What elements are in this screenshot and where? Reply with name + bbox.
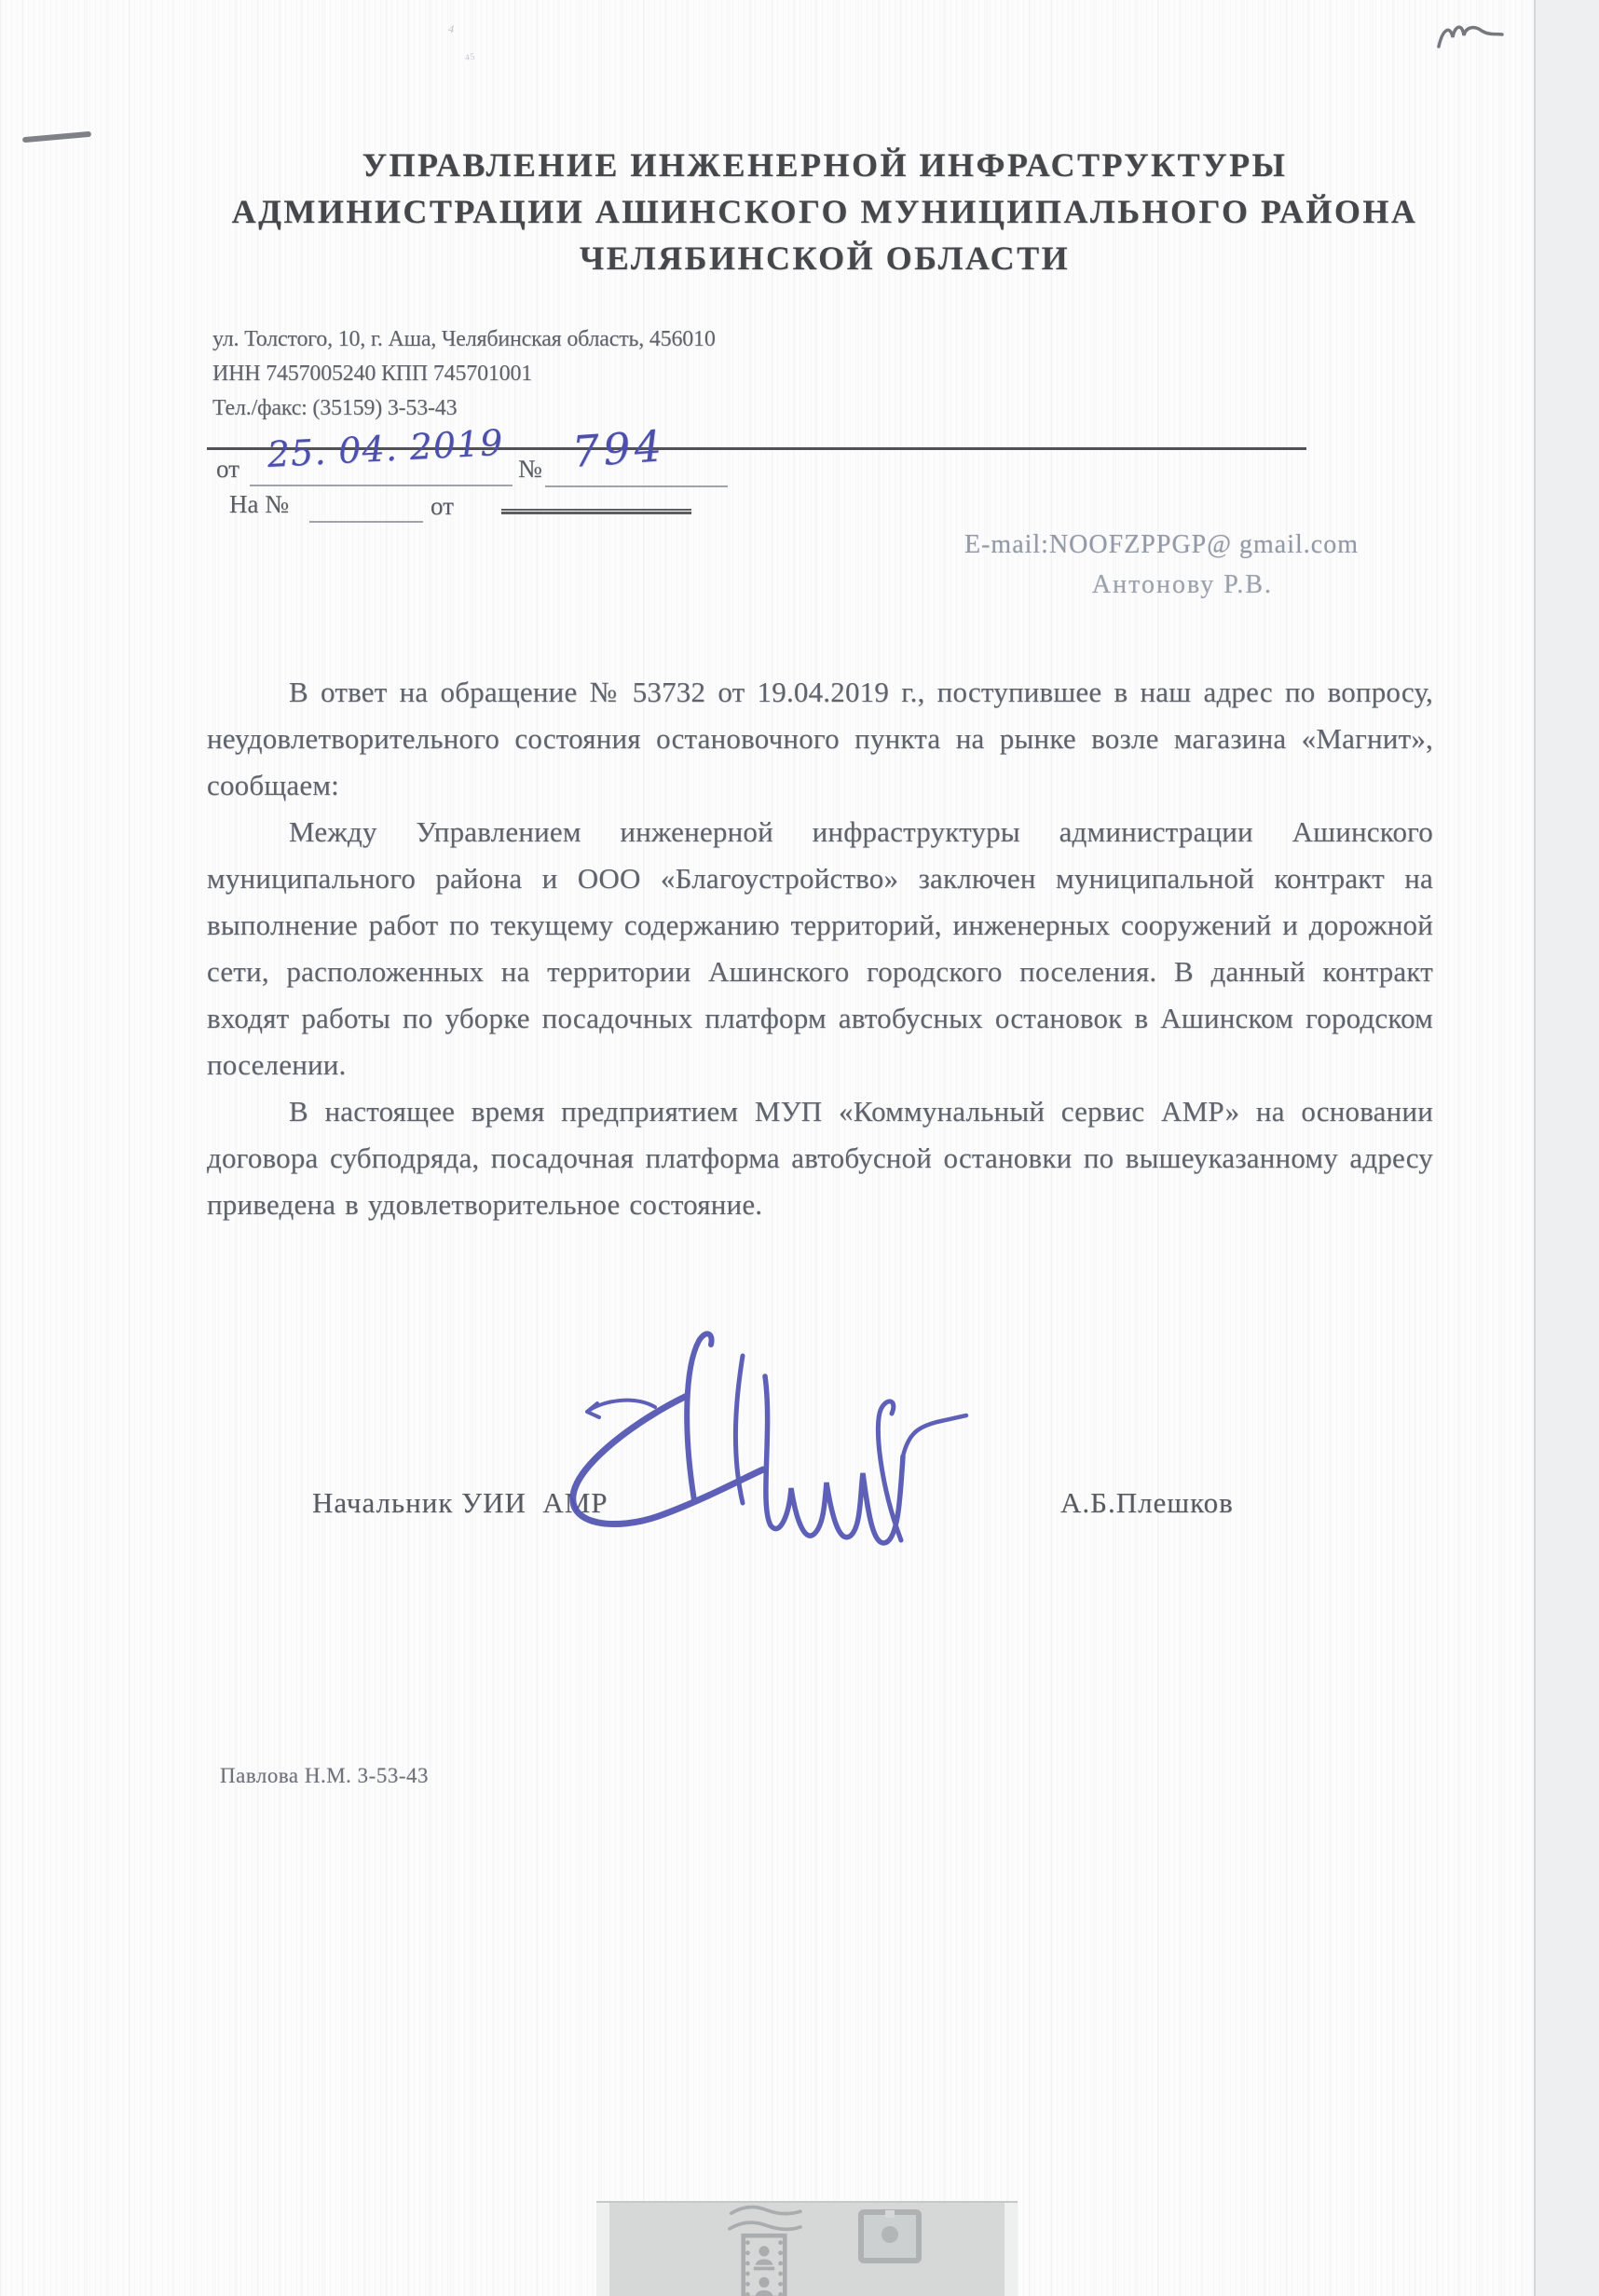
scanner-preview-inner <box>609 2203 1004 2296</box>
executor-line: Павлова Н.М. 3-53-43 <box>220 1764 429 1788</box>
pen-stroke-artifact <box>22 131 91 143</box>
org-name-line: ЧЕЛЯБИНСКОЙ ОБЛАСТИ <box>112 235 1537 281</box>
signature-ink <box>545 1281 992 1579</box>
date-underline <box>250 485 512 486</box>
document-page: ₄ ₄₅ УПРАВЛЕНИЕ ИНЖЕНЕРНОЙ ИНФРАСТРУКТУР… <box>0 0 1536 2296</box>
org-name-block: УПРАВЛЕНИЕ ИНЖЕНЕРНОЙ ИНФРАСТРУКТУРЫ АДМ… <box>112 142 1537 281</box>
letter-body: В ответ на обращение № 53732 от 19.04.20… <box>207 669 1433 1228</box>
org-address: ул. Толстого, 10, г. Аша, Челябинская об… <box>212 322 716 357</box>
reply-date-label: от <box>430 492 454 521</box>
outgoing-number-handwritten: 794 <box>570 420 666 477</box>
org-name-line: АДМИНИСТРАЦИИ АШИНСКОГО МУНИЦИПАЛЬНОГО Р… <box>112 188 1537 235</box>
scanner-preview-strip <box>596 2201 1018 2296</box>
outgoing-number-label: № <box>518 455 542 484</box>
number-underline <box>545 485 728 487</box>
org-requisites: ул. Толстого, 10, г. Аша, Челябинская об… <box>212 322 716 426</box>
body-paragraph: Между Управлением инженерной инфраструкт… <box>207 809 1433 1088</box>
picture-icon <box>857 2208 924 2266</box>
body-paragraph: В ответ на обращение № 53732 от 19.04.20… <box>207 669 1433 809</box>
signatory-name: А.Б.Плешков <box>1060 1486 1234 1520</box>
recipient-block: E-mail:NOOFZPPGP@ gmail.com Антонову Р.В… <box>932 525 1359 605</box>
recipient-email: E-mail:NOOFZPPGP@ gmail.com <box>932 525 1359 565</box>
scan-speck: ₄₅ <box>463 44 476 61</box>
org-inn-kpp: ИНН 7457005240 КПП 745701001 <box>212 357 716 391</box>
body-paragraph: В настоящее время предприятием МУП «Комм… <box>207 1088 1433 1228</box>
reply-number-underline <box>309 521 423 523</box>
outgoing-date-label: от <box>216 455 239 484</box>
org-name-line: УПРАВЛЕНИЕ ИНЖЕНЕРНОЙ ИНФРАСТРУКТУРЫ <box>112 142 1537 188</box>
recipient-name: Антонову Р.В. <box>932 565 1359 605</box>
scan-speck: ₄ <box>447 13 458 35</box>
outgoing-date-handwritten: 25. 04. 2019 <box>266 422 505 475</box>
film-strip-icon <box>721 2203 807 2296</box>
org-phone: Тел./факс: (35159) 3-53-43 <box>212 391 716 426</box>
reply-date-line <box>501 509 691 514</box>
pen-scribble-icon <box>1433 15 1508 60</box>
scanned-letter-canvas: ₄ ₄₅ УПРАВЛЕНИЕ ИНЖЕНЕРНОЙ ИНФРАСТРУКТУР… <box>0 0 1599 2296</box>
reply-number-label: На № <box>229 490 289 519</box>
